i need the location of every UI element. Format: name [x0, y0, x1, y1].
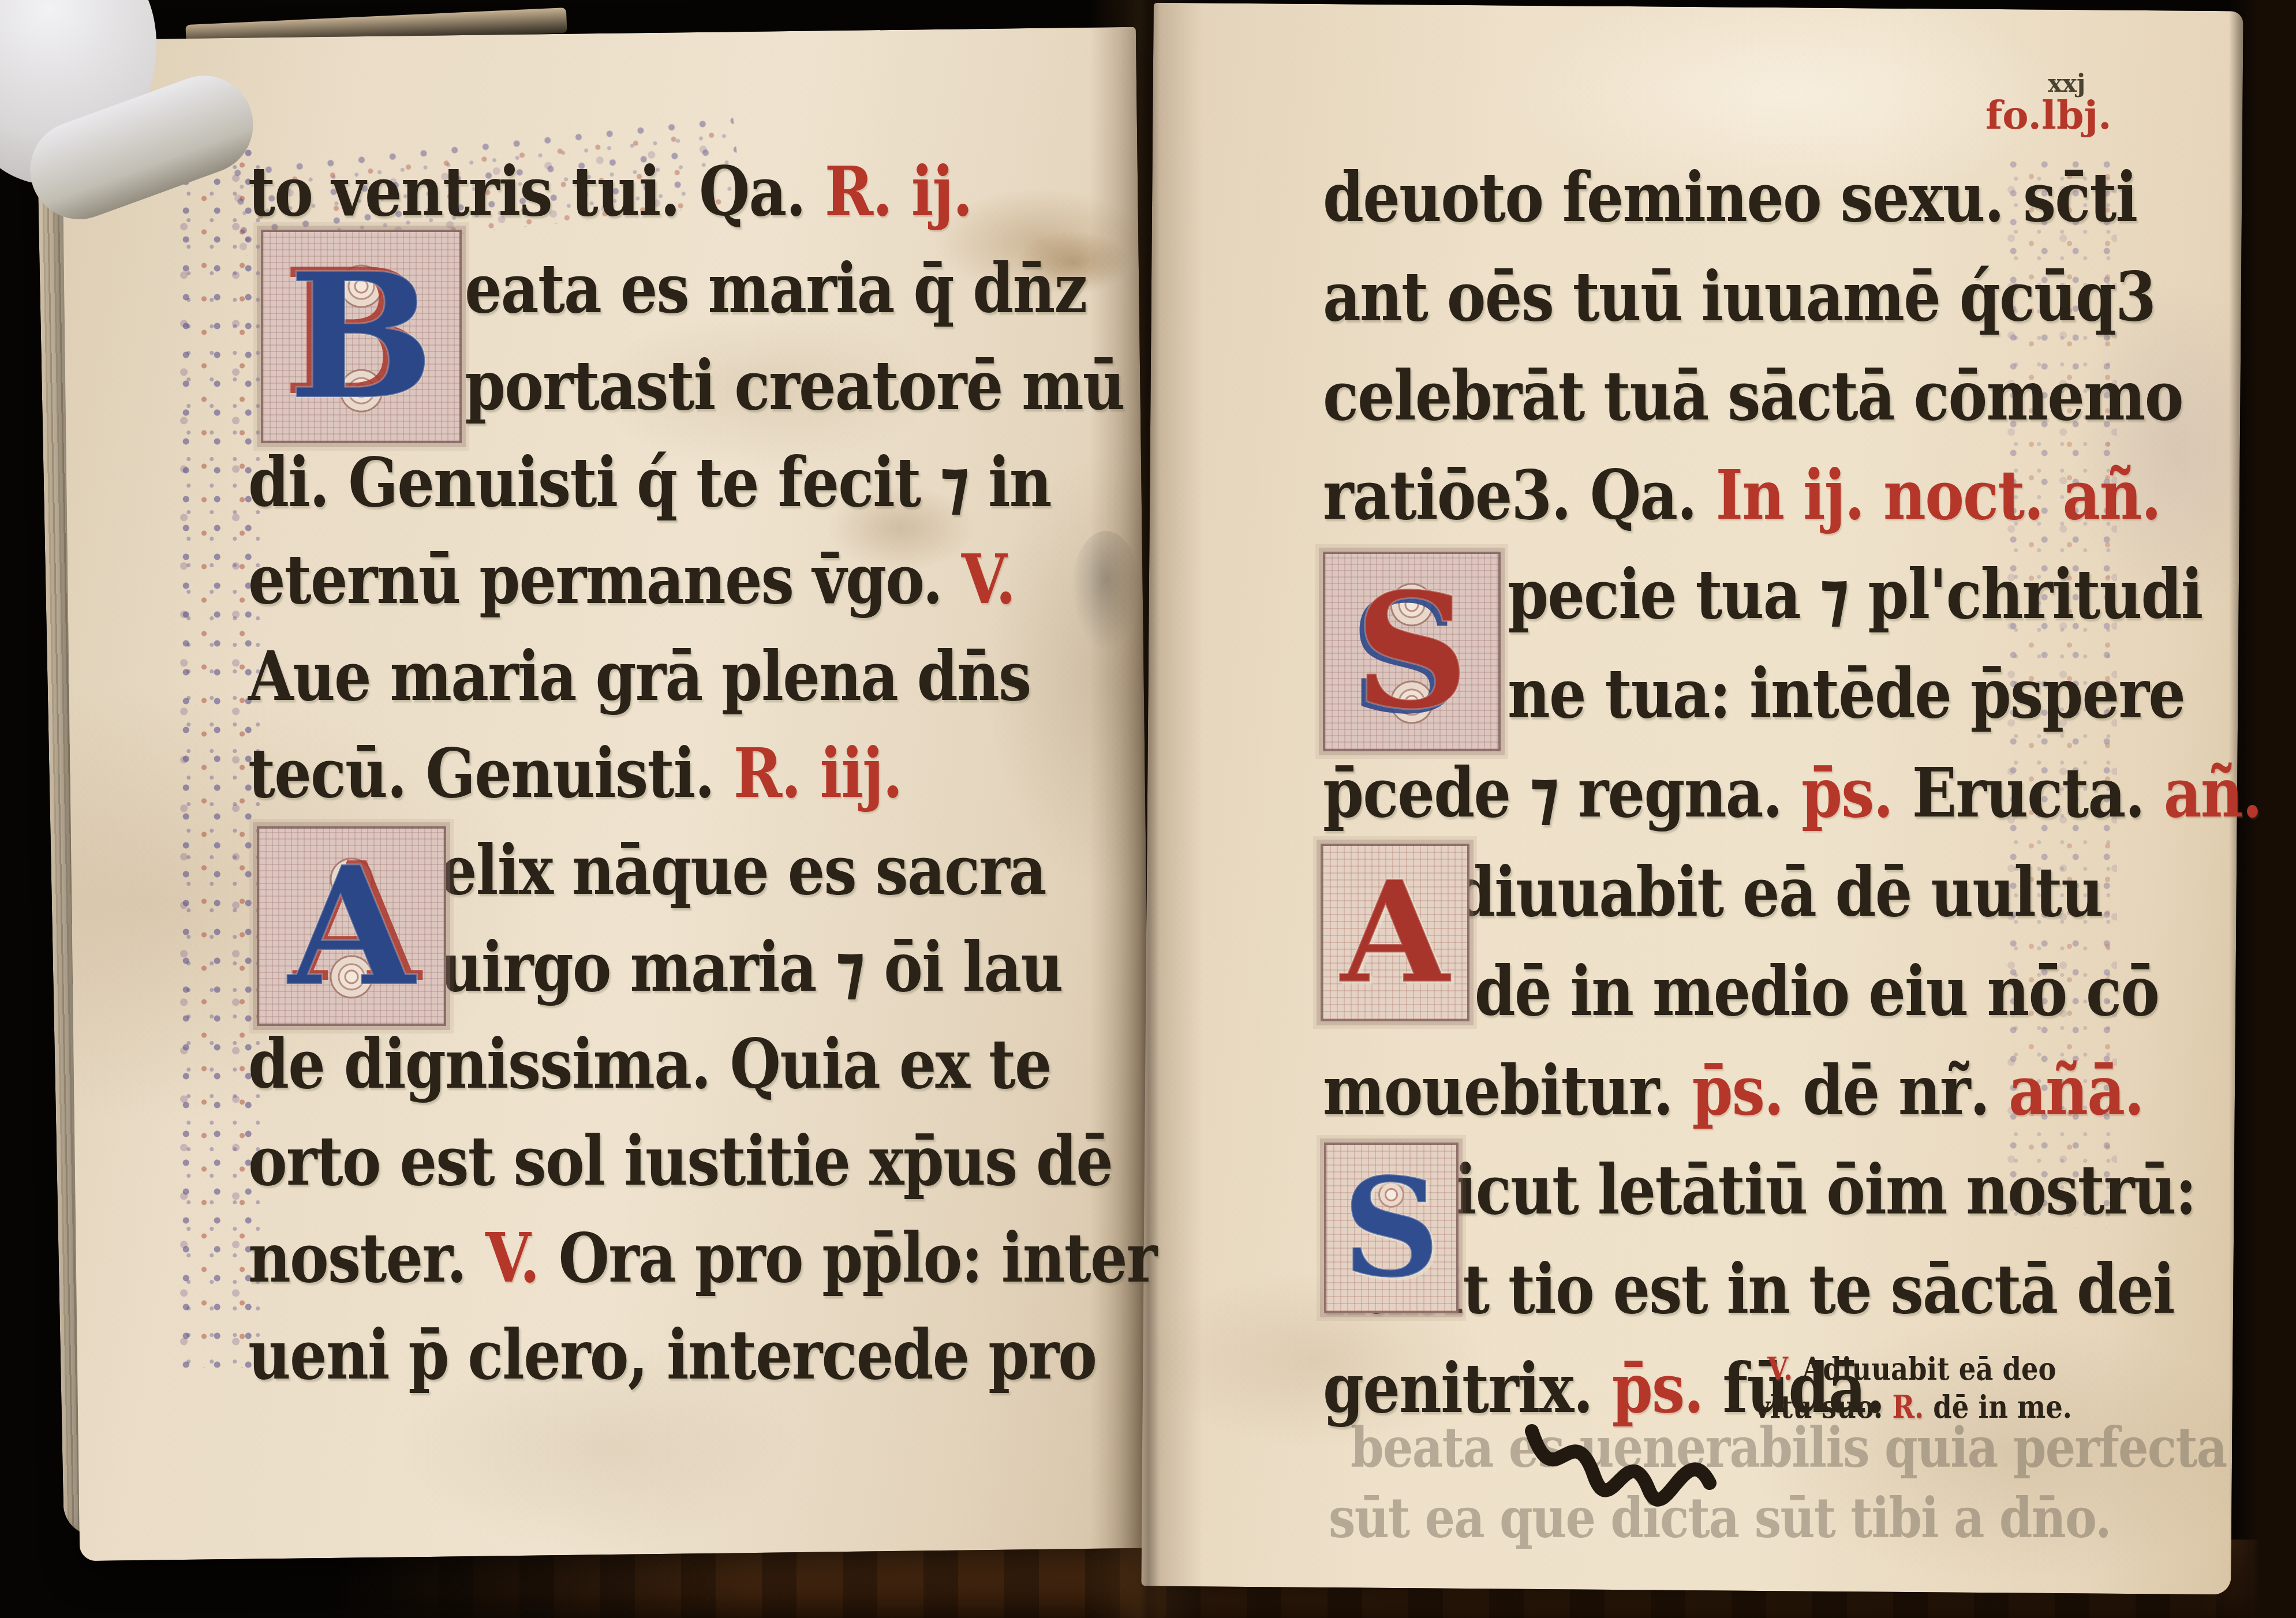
ink-text: di. Genuisti q́ te fecit ⁊ in: [248, 442, 1051, 522]
ink-text: Adiuuabit eā deo: [1802, 1350, 2056, 1387]
ink-text: to ventris tui. Qa.: [248, 151, 825, 231]
left-page-text-line: tecū. Genuisti. R. iij.: [248, 733, 902, 813]
left-page-text-line: Aue maria grā plena dn̄s: [248, 636, 1030, 716]
ink-text: Ora pro pp̄lo: inter: [559, 1218, 1157, 1298]
right-page-text-line: deuoto femineo sexu. sc̄ti: [1323, 157, 2137, 237]
ink-text: pecie tua ⁊ pl'chritudi: [1508, 554, 2202, 634]
left-page-text-line: noster. V. Ora pro pp̄lo: inter: [248, 1218, 1156, 1298]
right-page-text-line: mouebitur. p̄s. dē nr̃. añā.: [1323, 1050, 2144, 1130]
ink-text: p̄cede ⁊ regna.: [1323, 752, 1801, 833]
left-page-text-line: portasti creatorē mū: [465, 345, 1124, 425]
left-page-text-line: to ventris tui. Qa. R. ij.: [248, 151, 972, 231]
ink-text: ne tua: intēde p̄spere: [1508, 653, 2185, 733]
rubric-text: añā.: [2009, 1050, 2144, 1130]
marginal-note-line: V. Adiuuabit eā deo: [1767, 1350, 2056, 1387]
initial-letter: S: [1354, 572, 1469, 731]
right-page-text-line: ant oēs tuū iuuamē q́cūq3: [1323, 256, 2155, 336]
ink-text: noster.: [248, 1218, 485, 1298]
right-page-text-line: celebrāt tuā sāctā cōmemo: [1323, 355, 2183, 436]
illuminated-initial-S: S: [1324, 1143, 1459, 1313]
bleed-through-line: beata es uenerabilis quia perfecta: [1351, 1415, 2227, 1480]
gloved-hand: [0, 0, 328, 283]
ink-text: eternū permanes v̄go.: [248, 539, 962, 619]
rubric-text: p̄s.: [1692, 1050, 1803, 1130]
rubric-text: In ij. noct. añ.: [1716, 455, 2161, 535]
ink-text: de dignissima. Quia ex te: [248, 1024, 1051, 1104]
ink-text: celebrāt tuā sāctā cōmemo: [1323, 355, 2183, 436]
left-page-text-line: di. Genuisti q́ te fecit ⁊ in: [248, 442, 1051, 522]
gutter-shadow: [1090, 0, 1203, 1618]
right-page-text-line: diuuabit eā dē uultu: [1454, 852, 2103, 932]
ink-text: dē nr̃.: [1803, 1050, 2009, 1130]
ink-text: icut letātiū ōim nostrū:: [1454, 1149, 2196, 1230]
ink-text: ant oēs tuū iuuamē q́cūq3: [1323, 256, 2155, 336]
left-page-text-line: orto est sol iustitie xp̄us dē: [248, 1121, 1112, 1201]
paraph-flourish: [1524, 1402, 1720, 1541]
ink-text: Eructa.: [1912, 752, 2164, 833]
initial-letter: B: [288, 250, 435, 423]
right-page-text-line: p̄cede ⁊ regna. p̄s. Eructa. añ.: [1323, 752, 2261, 833]
rubric-text: R. iij.: [734, 733, 902, 813]
ink-text: tecū. Genuisti.: [248, 733, 734, 813]
rubric-text: p̄s.: [1801, 752, 1912, 833]
right-page-text-line: ratiōe3. Qa. In ij. noct. añ.: [1323, 455, 2160, 535]
ink-text: Aue maria grā plena dn̄s: [248, 636, 1030, 716]
manuscript-photo: xxj fo.lbj. to ventris tui. Qa. R. ij.ea…: [0, 0, 2296, 1618]
left-page-text-line: elix nāque es sacra: [440, 830, 1046, 910]
folio-number: fo.lbj.: [1985, 92, 2112, 138]
ink-text: beata es uenerabilis quia perfecta: [1351, 1415, 2227, 1480]
ink-text: diuuabit eā dē uultu: [1454, 852, 2103, 932]
ink-text: ueni p̄ clero, intercede pro: [248, 1314, 1096, 1395]
rubric-text: R. ij.: [825, 151, 972, 231]
rubric-text: V.: [485, 1218, 559, 1298]
ink-text: orto est sol iustitie xp̄us dē: [248, 1121, 1112, 1201]
illuminated-initial-A: A: [257, 826, 446, 1026]
left-page-text-line: uirgo maria ⁊ ōi lau: [440, 927, 1063, 1007]
left-page-text-line: eternū permanes v̄go. V.: [248, 539, 1015, 619]
left-page-text-line: eata es maria q̄ dn̄z: [465, 248, 1087, 328]
right-page-text-line: ne tua: intēde p̄spere: [1508, 653, 2185, 733]
ink-text: portasti creatorē mū: [465, 345, 1124, 425]
ink-text: uirgo maria ⁊ ōi lau: [440, 927, 1063, 1007]
rubric-text: añ.: [2164, 752, 2262, 833]
rubric-text: V.: [962, 539, 1015, 619]
rubric-text: V.: [1767, 1350, 1802, 1387]
initial-letter: A: [1340, 862, 1449, 1003]
ink-text: ratiōe3. Qa.: [1323, 455, 1716, 535]
initial-letter: A: [288, 844, 415, 1008]
illuminated-initial-A: A: [1321, 844, 1469, 1021]
right-page-text-line: pecie tua ⁊ pl'chritudi: [1508, 554, 2202, 634]
illuminated-initial-S: S: [1323, 552, 1501, 751]
ink-text: elix nāque es sacra: [440, 830, 1046, 910]
ink-text: mouebitur.: [1323, 1050, 1692, 1130]
left-page-text-line: de dignissima. Quia ex te: [248, 1024, 1051, 1104]
left-page-text-line: ueni p̄ clero, intercede pro: [248, 1314, 1096, 1395]
right-page-text-line: icut letātiū ōim nostrū:: [1454, 1149, 2196, 1230]
ink-text: eata es maria q̄ dn̄z: [465, 248, 1087, 328]
ink-text: deuoto femineo sexu. sc̄ti: [1323, 157, 2137, 237]
initial-letter: S: [1342, 1160, 1440, 1296]
